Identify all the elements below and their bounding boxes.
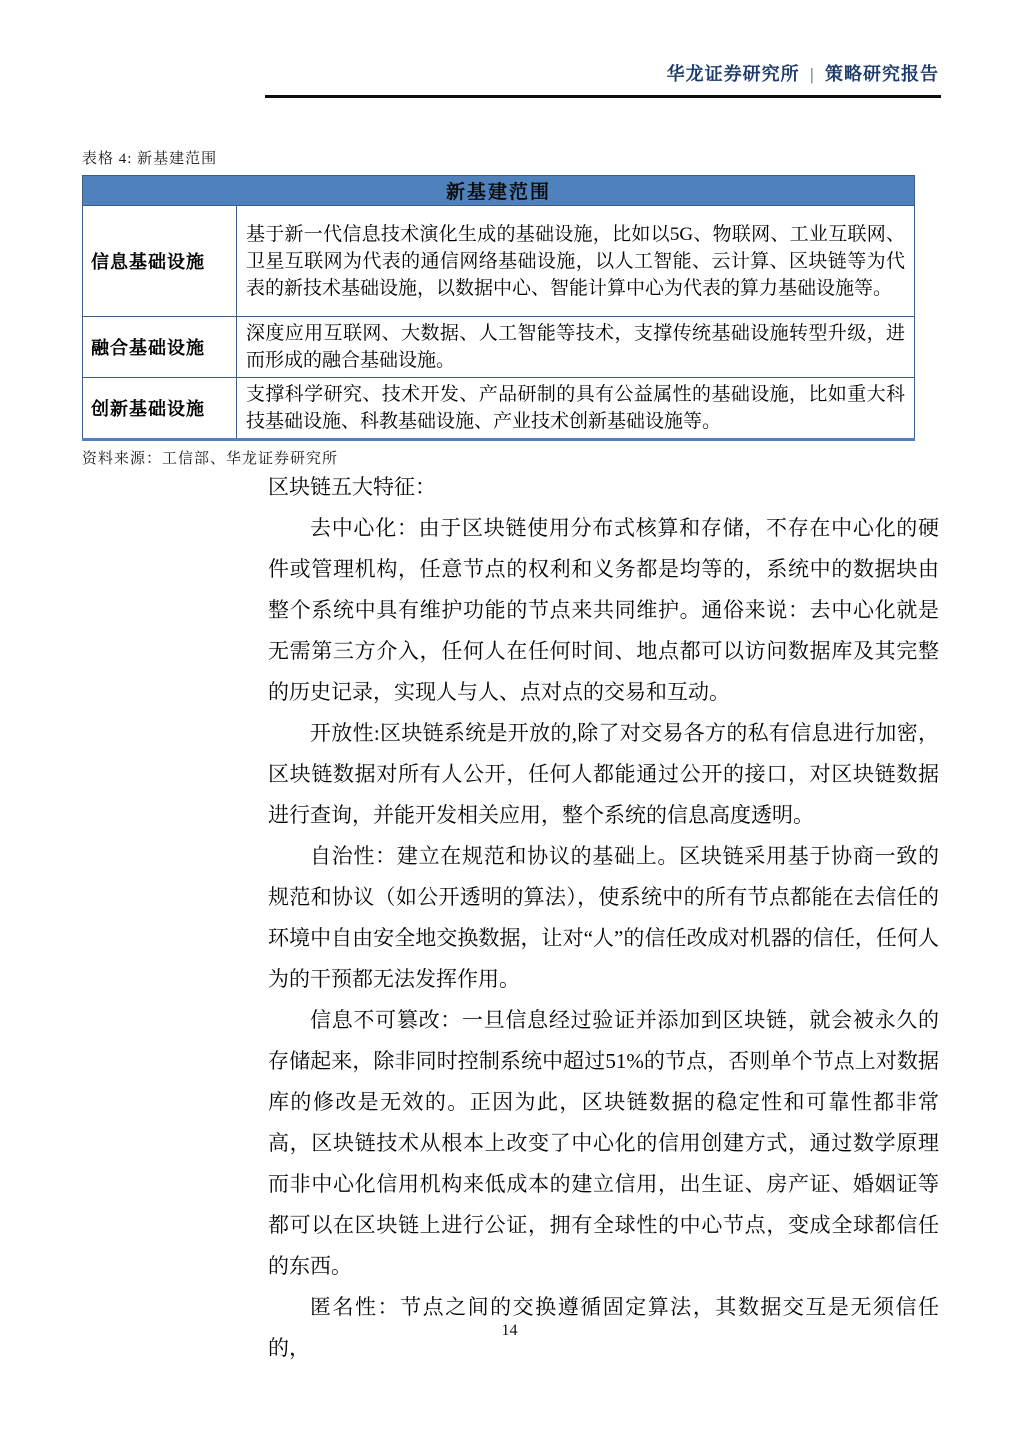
- table-caption: 表格 4: 新基建范围: [82, 147, 915, 168]
- report-header: 华龙证券研究所|策略研究报告: [667, 60, 939, 86]
- row-content-innovation: 支撑科学研究、技术开发、产品研制的具有公益属性的基础设施，比如重大科技基础设施、…: [237, 378, 915, 440]
- paragraph-intro: 区块链五大特征：: [268, 467, 939, 508]
- body-text: 区块链五大特征： 去中心化：由于区块链使用分布式核算和存储，不存在中心化的硬件或…: [268, 467, 939, 1369]
- header-report-type-label: 策略研究报告: [825, 64, 939, 84]
- new-infrastructure-table: 新基建范围 信息基础设施 基于新一代信息技术演化生成的基础设施，比如以5G、物联…: [82, 175, 915, 441]
- table-title-cell: 新基建范围: [83, 176, 915, 206]
- paragraph-autonomy: 自治性：建立在规范和协议的基础上。区块链采用基于协商一致的规范和协议（如公开透明…: [268, 836, 939, 1000]
- row-label-info: 信息基础设施: [83, 206, 237, 317]
- header-separator: |: [800, 65, 825, 84]
- paragraph-immutability: 信息不可篡改：一旦信息经过验证并添加到区块链，就会被永久的存储起来，除非同时控制…: [268, 1000, 939, 1287]
- table-source-note: 资料来源：工信部、华龙证券研究所: [82, 447, 915, 468]
- row-content-info: 基于新一代信息技术演化生成的基础设施，比如以5G、物联网、工业互联网、卫星互联网…: [237, 206, 915, 317]
- row-content-fusion: 深度应用互联网、大数据、人工智能等技术，支撑传统基础设施转型升级，进而形成的融合…: [237, 317, 915, 378]
- table-row: 信息基础设施 基于新一代信息技术演化生成的基础设施，比如以5G、物联网、工业互联…: [83, 206, 915, 317]
- report-page: 华龙证券研究所|策略研究报告 表格 4: 新基建范围 新基建范围 信息基础设施 …: [0, 0, 1019, 1440]
- paragraph-openness: 开放性:区块链系统是开放的,除了对交易各方的私有信息进行加密，区块链数据对所有人…: [268, 713, 939, 836]
- table-block: 表格 4: 新基建范围 新基建范围 信息基础设施 基于新一代信息技术演化生成的基…: [82, 147, 915, 468]
- header-rule-divider: [265, 95, 941, 98]
- row-label-fusion: 融合基础设施: [83, 317, 237, 378]
- header-org-label: 华龙证券研究所: [667, 64, 800, 84]
- row-label-innovation: 创新基础设施: [83, 378, 237, 440]
- table-header-row: 新基建范围: [83, 176, 915, 206]
- table-row: 创新基础设施 支撑科学研究、技术开发、产品研制的具有公益属性的基础设施，比如重大…: [83, 378, 915, 440]
- page-number: 14: [0, 1322, 1019, 1340]
- paragraph-decentralization: 去中心化：由于区块链使用分布式核算和存储，不存在中心化的硬件或管理机构，任意节点…: [268, 508, 939, 713]
- table-row: 融合基础设施 深度应用互联网、大数据、人工智能等技术，支撑传统基础设施转型升级，…: [83, 317, 915, 378]
